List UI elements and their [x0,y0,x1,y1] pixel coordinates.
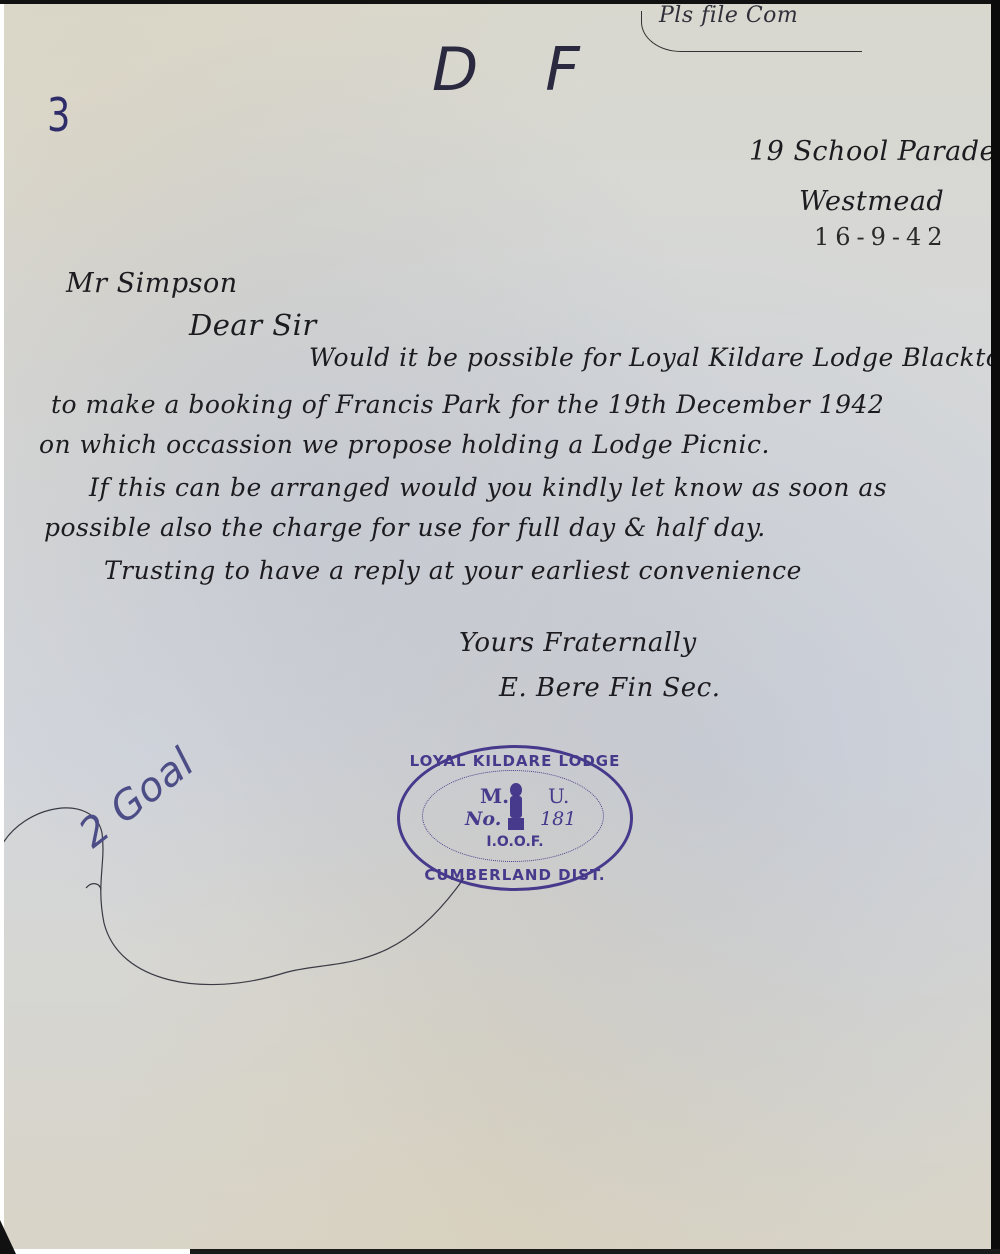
scan-border-bottom [190,1249,1000,1254]
stamp-u-letter: U. [548,784,569,808]
pencil-connector-line [4,3,992,1249]
stamp-order-text: I.O.O.F. [400,834,630,850]
scanned-document: 3 D F Pls file Com 19 School Parade West… [0,0,1000,1254]
scan-border-top [0,0,1000,4]
stamp-figure-icon [506,782,526,832]
scan-corner-bottom-left [0,1220,16,1254]
lodge-rubber-stamp: LOYAL KILDARE LODGE M. U. No. 181 I.O.O.… [397,745,633,891]
stamp-number-value: 181 [540,808,576,830]
stamp-bottom-text: CUMBERLAND DIST. [400,866,630,884]
stamp-m-letter: M. [480,784,509,808]
scan-border-right [991,0,1000,1254]
stamp-number-label: No. [465,808,501,830]
paper-sheet: 3 D F Pls file Com 19 School Parade West… [4,3,992,1249]
stamp-top-text: LOYAL KILDARE LODGE [400,752,630,770]
